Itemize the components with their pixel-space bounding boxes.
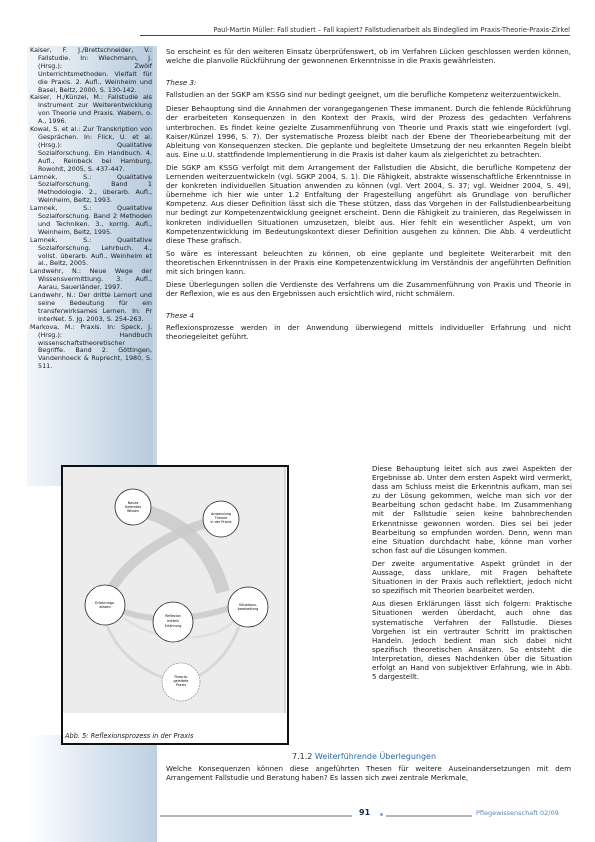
svg-text:bearbeitung: bearbeitung [238,607,259,611]
reference-item: Kowal, S. et al.: Zur Transkription von … [30,126,152,173]
node-theory-application: Anwendung Theorie in der Praxis [203,501,239,537]
footer-dot [380,813,383,816]
reference-item: Lamnek, S.: Qualitative Sozialforschung.… [30,205,152,237]
paragraph: Diese Behauptung leitet sich aus zwei As… [372,464,572,555]
paragraph: So wäre es interessant beleuchten zu kön… [166,249,571,276]
reference-item: Landwehr, N.: Neue Wege der Wissensvermi… [30,268,152,292]
reference-item: Lamnek, S.: Qualitative Sozialforschung.… [30,237,152,269]
svg-text:mittels: mittels [167,619,179,623]
node-reflection-experience: Reflexion mittels Erfahrung [153,602,193,642]
right-column-text: Diese Behauptung leitet sich aus zwei As… [372,464,572,685]
section-heading: 7.1.2 Weiterführende Überlegungen [292,752,436,761]
svg-text:Reflexion: Reflexion [165,614,181,618]
these4-label: These 4 [166,311,571,320]
node-experience-knowledge: Erfahrungs- wissen [85,585,125,625]
sidebar-lower-background [27,735,157,842]
svg-text:Praxis: Praxis [176,683,186,687]
reference-item: Kaiser, F. J./Brettschneider, V.: Fallst… [30,47,152,94]
running-header: Paul-Martin Müller: Fall studiert – Fall… [140,26,570,36]
reference-item: Kaiser, H./Künzel, M.: Fallstudie als In… [30,94,152,126]
reference-item: Lamnek, S.: Qualitative Sozialforschung.… [30,174,152,206]
these4-statement: Reflexionsprozesse werden in der Anwendu… [166,323,571,341]
main-text: So erscheint es für den weiteren Einsatz… [166,47,571,347]
closing-paragraph: Welche Konsequenzen können diese angefüh… [166,764,571,782]
cycle-diagram: Neues Gelerntes Wissen Anwendung Theorie… [63,467,284,713]
node-theory-guided-practice: Theorie- geleitete Praxis [162,663,200,701]
node-situation-processing: Situations- bearbeitung [228,587,268,627]
svg-text:Erfahrung: Erfahrung [165,624,182,628]
footer-rule-left [160,815,352,817]
paragraph: Der zweite argumentative Aspekt gründet … [372,559,572,595]
paragraph: Diese Überlegungen sollen die Verdienste… [166,280,571,298]
reference-item: Markova, M.: Praxis. In: Speck, J. (Hrsg… [30,324,152,371]
page-number: 91 [359,808,370,817]
svg-text:Wissen: Wissen [127,509,139,513]
reference-list: Kaiser, F. J./Brettschneider, V.: Fallst… [30,47,152,371]
figure-reflection-process: Neues Gelerntes Wissen Anwendung Theorie… [61,465,289,745]
paragraph: So erscheint es für den weiteren Einsatz… [166,47,571,65]
paragraph: Die SGKP am KSSG verfolgt mit dem Arrang… [166,163,571,245]
paragraph: Aus diesen Erklärungen lässt sich folger… [372,599,572,681]
these3-label: These 3: [166,78,571,87]
paragraph: Dieser Behauptung sind die Annahmen der … [166,104,571,159]
section-number: 7.1.2 [292,752,312,761]
figure-diagram-area: Neues Gelerntes Wissen Anwendung Theorie… [63,467,286,713]
node-new-knowledge: Neues Gelerntes Wissen [115,489,151,525]
section-title: Weiterführende Überlegungen [315,752,436,761]
figure-caption: Abb. 5: Reflexionsprozess in der Praxis [63,732,193,740]
svg-text:wissen: wissen [99,605,110,609]
journal-name: Pflegewissenschaft 02/09 [476,809,559,817]
reference-item: Landwehr, N.: Der dritte Lernort und sei… [30,292,152,324]
footer-rule-right [386,815,472,817]
svg-text:in der Praxis: in der Praxis [210,520,231,524]
these3-statement: Fallstudien an der SGKP am KSSG sind nur… [166,90,571,99]
